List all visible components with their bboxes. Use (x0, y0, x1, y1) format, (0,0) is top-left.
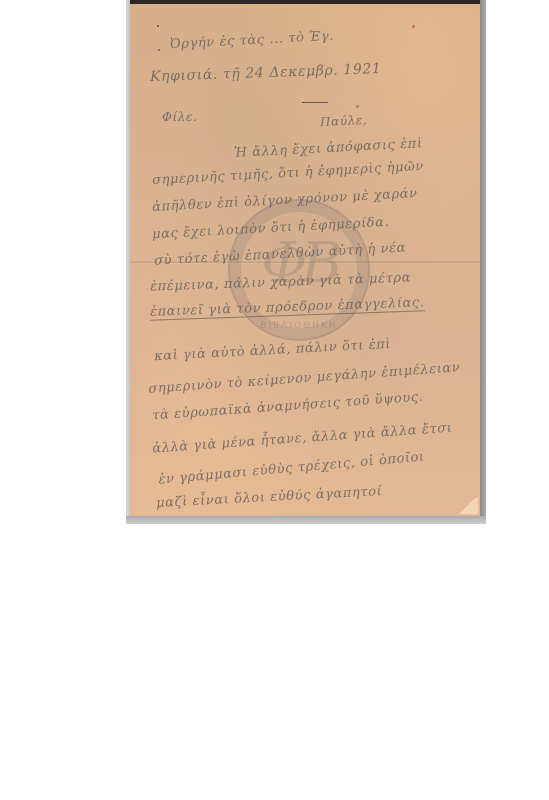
body-line-2: σημερινῆς τιμῆς, ὅτι ἡ ἐφημερὶς ἡμῶν (152, 159, 424, 188)
body-line-10: τὰ εὐρωπαϊκὰ ἀναμνήσεις τοῦ ὕψους. (152, 390, 424, 424)
salutation-left: Φίλε. (162, 110, 197, 124)
body-line-12: ἐν γράμμασι εὐθὺς τρέχεις, οἱ ὁποῖοι (158, 449, 425, 487)
foxing-spot (412, 25, 415, 28)
scanner-margin-right (480, 0, 486, 524)
foxing-spot (356, 105, 359, 108)
paper-corner-fold (456, 498, 478, 514)
ink-dot (157, 25, 159, 27)
header-line-2-date: Κηφισιά. τῇ 24 Δεκεμβρ. 1921 (150, 61, 382, 85)
separator-dash (302, 102, 328, 103)
salutation-right: Παύλε, (320, 113, 368, 129)
scanner-top-edge (130, 0, 480, 4)
body-line-1: Ἡ ἄλλη ἔχει ἀπόφασις ἐπὶ (234, 136, 423, 161)
letter-paper: ΦΒ ΒΙΒΛΙΟΘΗΚΗ Ὀργήν ἐς τὰς ... τὸ Ἐγ. Κη… (130, 3, 480, 516)
ink-dot (158, 49, 160, 51)
scanner-margin-bottom (126, 516, 486, 524)
stamp-rim-text: ΒΙΒΛΙΟΘΗΚΗ (230, 321, 368, 331)
body-line-8: καὶ γιὰ αὐτὸ ἀλλά, πάλιν ὅτι ἐπὶ (154, 337, 392, 364)
header-line-1: Ὀργήν ἐς τὰς ... τὸ Ἐγ. (170, 29, 335, 53)
scanned-page: ΦΒ ΒΙΒΛΙΟΘΗΚΗ Ὀργήν ἐς τὰς ... τὸ Ἐγ. Κη… (126, 0, 486, 524)
body-line-13: μαζὶ εἶναι ὅλοι εὐθύς ἀγαπητοί (156, 484, 383, 511)
